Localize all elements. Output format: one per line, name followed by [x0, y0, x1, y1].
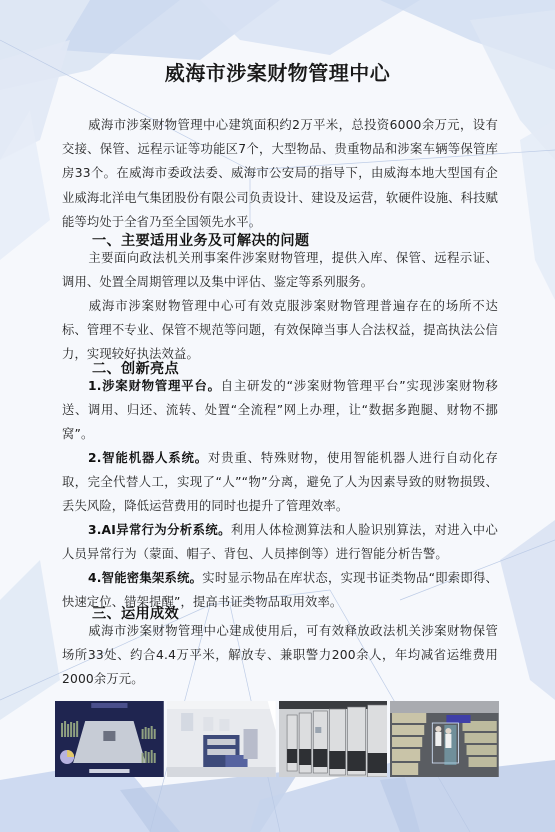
highlight-lead: 3.AI异常行为分析系统。: [88, 523, 231, 537]
intro-paragraph: 威海市涉案财物管理中心建筑面积约2万平米，总投资6000余万元，设有交接、保管、…: [62, 113, 498, 234]
highlight-lead: 4.智能密集架系统。: [88, 571, 202, 585]
ai-behavior-analysis-photo: [390, 701, 499, 777]
document-page: 威海市涉案财物管理中心 威海市涉案财物管理中心建筑面积约2万平米，总投资6000…: [0, 0, 555, 832]
section-1-paragraph-1: 主要面向政法机关刑事案件涉案财物管理，提供入库、保管、远程示证、调用、处置全周期…: [62, 246, 498, 294]
highlight-lead: 1.涉案财物管理平台。: [88, 379, 221, 393]
highlight-lead: 2.智能机器人系统。: [88, 451, 208, 465]
intro-text: 威海市涉案财物管理中心建筑面积约2万平米，总投资6000余万元，设有交接、保管、…: [62, 118, 498, 229]
highlight-item-1: 1.涉案财物管理平台。自主研发的“涉案财物管理平台”实现涉案财物移送、调用、归还…: [62, 374, 498, 447]
photo-strip: [55, 701, 499, 777]
smart-dense-shelving-photo: [279, 701, 388, 777]
page-title: 威海市涉案财物管理中心: [0, 57, 555, 86]
section-1-paragraph-2: 威海市涉案财物管理中心可有效克服涉案财物管理普遍存在的场所不达标、管理不专业、保…: [62, 294, 498, 367]
smart-robot-photo: [167, 701, 276, 777]
section-3-paragraph-1: 威海市涉案财物管理中心建成使用后，可有效释放政法机关涉案财物保管场所33处、约合…: [62, 619, 498, 692]
highlight-item-2: 2.智能机器人系统。对贵重、特殊财物，使用智能机器人进行自动化存取，完全代替人工…: [62, 446, 498, 519]
management-platform-dashboard-photo: [55, 701, 164, 777]
highlight-item-3: 3.AI异常行为分析系统。利用人体检测算法和人脸识别算法，对进入中心人员异常行为…: [62, 518, 498, 566]
